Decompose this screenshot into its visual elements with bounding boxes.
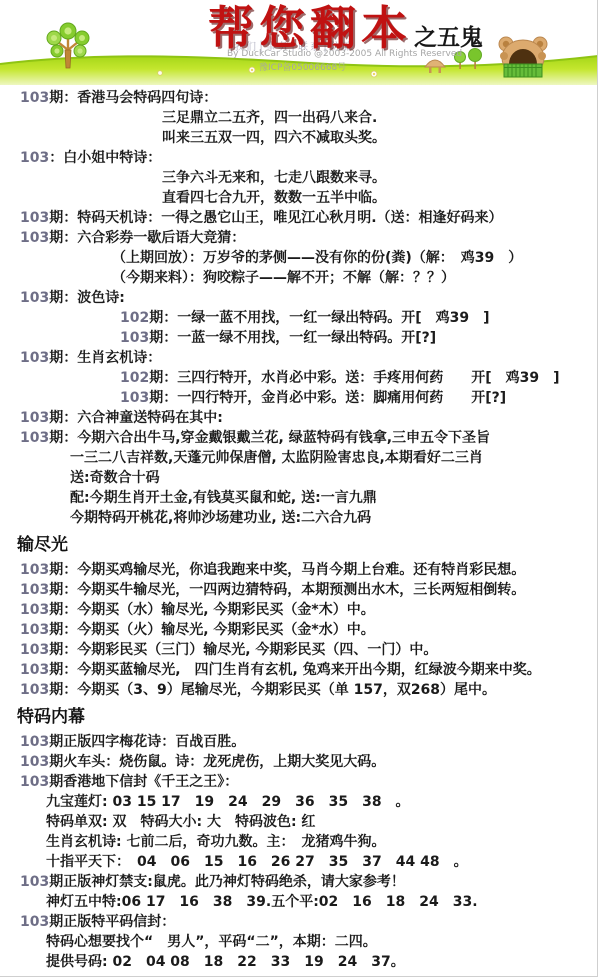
line-text: 期：今期买鸡输尽光，你追我跑来中奖，马肖今期上台难。还有特肖彩民想。 (49, 562, 525, 578)
text-line: 三足鼎立二五齐，四一出码八来合. (0, 108, 598, 128)
period-number: 103 (20, 622, 49, 638)
text-line: 102期：三四行特开，水肖必中彩。送：手疼用何药 开[ 鸡39 ] (0, 368, 598, 388)
text-line: 今期特码开桃花,将帅沙场建功业, 送:二六合九码 (0, 508, 598, 528)
line-text: 三足鼎立二五齐，四一出码八来合. (162, 110, 377, 126)
content: 103期：香港马会特码四句诗： 三足鼎立二五齐，四一出码八来合. 叫来三五双一四… (0, 88, 598, 972)
line-text: 九宝莲灯: 03 15 17 19 24 29 36 35 38 。 (46, 794, 410, 810)
text-line: 103期：特码天机诗：一得之愚它山王，唯见江心秋月明.（送：相逢好码来） (0, 208, 598, 228)
line-text: 配:今期生肖开土金,有钱莫买鼠和蛇, 送:一言九鼎 (70, 490, 377, 506)
line-text: （今期来料）：狗咬粽子——解不开；不解（解：？？） (112, 270, 455, 286)
line-text: 今期特码开桃花,将帅沙场建功业, 送:二六合九码 (70, 510, 371, 526)
line-text: 期：今期六合出牛马,穿金戴银戴兰花, 绿蓝特码有钱拿,三申五令下圣旨 (49, 430, 490, 446)
line-text: 期：今期买（3、9）尾输尽光，今期彩民买（单 157，双268）尾中。 (49, 682, 496, 698)
period-number: 103 (20, 754, 49, 770)
line-text: （上期回放）：万岁爷的茅侧——没有你的份(粪)（解： 鸡39 ） (112, 250, 522, 266)
period-number: 103 (20, 582, 49, 598)
line-text: 三争六斗无来和，七走八跟数来寻。 (162, 170, 386, 186)
line-text: 十指平天下： 04 06 15 16 26 27 35 37 44 48 。 (46, 854, 468, 870)
text-line: 103期：生肖玄机诗： (0, 348, 598, 368)
text-line: 103期：今期买（水）输尽光, 今期彩民买（金*木）中。 (0, 600, 598, 620)
period-number: 103 (20, 290, 49, 306)
line-text: 期：香港马会特码四句诗： (49, 90, 217, 106)
period-number: 103 (20, 874, 49, 890)
period-number: 103 (20, 150, 49, 166)
text-line: 103期火车头：烧伤鼠。诗：龙死虎伤，上期大奖见大码。 (0, 752, 598, 772)
period-number: 103 (20, 602, 49, 618)
line-text: 期正版神灯禁支:鼠虎。此乃神灯特码绝杀，请大家参考！ (49, 874, 405, 890)
line-text: 期正版四字梅花诗：百战百胜。 (49, 734, 245, 750)
period-number: 103 (20, 90, 49, 106)
text-line: 一三二八吉祥数,天蓬元帅保唐僧, 太监阴险害忠良,本期看好二三肖 (0, 448, 598, 468)
text-line: 103期：今期六合出牛马,穿金戴银戴兰花, 绿蓝特码有钱拿,三申五令下圣旨 (0, 428, 598, 448)
title-main: 帮您翻本 (208, 0, 412, 56)
period-number: 103 (20, 430, 49, 446)
text-line: （上期回放）：万岁爷的茅侧——没有你的份(粪)（解： 鸡39 ） (0, 248, 598, 268)
line-text: 期：生肖玄机诗： (49, 350, 161, 366)
line-text: 期：特码天机诗：一得之愚它山王，唯见江心秋月明.（送：相逢好码来） (49, 210, 502, 226)
text-line: 直看四七合九开，数数一五半中临。 (0, 188, 598, 208)
icp-number: 豫ICP备05006668号 (259, 60, 346, 73)
bear-illustration (499, 37, 547, 77)
page: 我们│事务│联系│防骗 By DuckCar Studio @2003-2005… (0, 0, 598, 977)
text-line: 103期：今期彩民买（三门）输尽光, 今期彩民买（四、一门）中。 (0, 640, 598, 660)
title-suffix: 之五鬼 (414, 23, 483, 56)
text-line: 103期：一四行特开，金肖必中彩。送：脚痛用何药 开[?] (0, 388, 598, 408)
period-number: 103 (20, 210, 49, 226)
line-text: 叫来三五双一四，四六不减取头奖。 (162, 130, 386, 146)
text-line: 103期正版特平码信封： (0, 912, 598, 932)
text-line: 103期：六合彩券一歇后语大竞猜： (0, 228, 598, 248)
period-number: 102 (120, 370, 149, 386)
text-line: 103期：香港马会特码四句诗： (0, 88, 598, 108)
line-text: 期：今期买蓝输尽光, 四门生肖有玄机, 兔鸡来开出今期，红绿波今期来中奖。 (49, 662, 541, 678)
text-line: 103期：今期买（火）输尽光, 今期彩民买（金*水）中。 (0, 620, 598, 640)
text-line: 生肖玄机诗: 七前二后，奇功九数。主： 龙猪鸡牛狗。 (0, 832, 598, 852)
text-line: 叫来三五双一四，四六不减取头奖。 (0, 128, 598, 148)
text-line: 103期：今期买牛输尽光，一四两边猜特码，本期预测出水木，三长两短相倒转。 (0, 580, 598, 600)
text-line: 103期：六合神童送特码在其中: (0, 408, 598, 428)
period-number: 102 (120, 310, 149, 326)
text-line: 九宝莲灯: 03 15 17 19 24 29 36 35 38 。 (0, 792, 598, 812)
line-text: 期：一四行特开，金肖必中彩。送：脚痛用何药 开[?] (149, 390, 506, 406)
period-number: 103 (20, 230, 49, 246)
fence (504, 64, 542, 77)
text-line: 提供号码: 02 04 08 18 22 33 19 24 37。 (0, 952, 598, 972)
line-text: 期：今期彩民买（三门）输尽光, 今期彩民买（四、一门）中。 (49, 642, 437, 658)
period-number: 103 (120, 390, 149, 406)
line-text: 期：一蓝一绿不用找，一红一绿出特码。开[?] (149, 330, 436, 346)
text-line: 103期：今期买蓝输尽光, 四门生肖有玄机, 兔鸡来开出今期，红绿波今期来中奖。 (0, 660, 598, 680)
text-line: 送:奇数合十码 (0, 468, 598, 488)
line-text: 一三二八吉祥数,天蓬元帅保唐僧, 太监阴险害忠良,本期看好二三肖 (70, 450, 483, 466)
text-line: 103期正版四字梅花诗：百战百胜。 (0, 732, 598, 752)
text-line: 103期：今期买（3、9）尾输尽光，今期彩民买（单 157，双268）尾中。 (0, 680, 598, 700)
line-text: 期：今期买（水）输尽光, 今期彩民买（金*木）中。 (49, 602, 375, 618)
period-number: 103 (20, 914, 49, 930)
text-line: 神灯五中特:06 17 16 38 39.五个平:02 16 18 24 33. (0, 892, 598, 912)
text-line: 103：白小姐中特诗： (0, 148, 598, 168)
period-number: 103 (20, 682, 49, 698)
period-number: 103 (20, 410, 49, 426)
line-text: 神灯五中特:06 17 16 38 39.五个平:02 16 18 24 33. (46, 894, 478, 910)
line-text: 期：三四行特开，水肖必中彩。送：手疼用何药 开[ 鸡39 ] (149, 370, 559, 386)
line-text: 期：波色诗: (49, 290, 125, 306)
period-number: 103 (20, 562, 49, 578)
text-line: （今期来料）：狗咬粽子——解不开；不解（解：？？） (0, 268, 598, 288)
section-heading-shujinguang: 输尽光 (0, 533, 598, 557)
line-text: 特码单双: 双 特码大小: 大 特码波色: 红 (46, 814, 315, 830)
line-text: 期：六合神童送特码在其中: (49, 410, 223, 426)
header: 我们│事务│联系│防骗 By DuckCar Studio @2003-2005… (0, 0, 597, 86)
line-text: 生肖玄机诗: 七前二后，奇功九数。主： 龙猪鸡牛狗。 (46, 834, 385, 850)
line-text: 期：今期买（火）输尽光, 今期彩民买（金*水）中。 (49, 622, 375, 638)
line-text: 期正版特平码信封： (49, 914, 175, 930)
period-number: 103 (20, 774, 49, 790)
section-heading-neimu: 特码内幕 (0, 705, 598, 729)
page-title: 帮您翻本 之五鬼 (208, 0, 483, 56)
text-line: 103期香港地下信封《千王之王》： (0, 772, 598, 792)
text-line: 103期：波色诗: (0, 288, 598, 308)
line-text: 期：今期买牛输尽光，一四两边猜特码，本期预测出水木，三长两短相倒转。 (49, 582, 525, 598)
period-number: 103 (20, 662, 49, 678)
line-text: 期火车头：烧伤鼠。诗：龙死虎伤，上期大奖见大码。 (49, 754, 385, 770)
line-text: 期香港地下信封《千王之王》： (49, 774, 238, 790)
line-text: 期：一绿一蓝不用找，一红一绿出特码。开[ 鸡39 ] (149, 310, 489, 326)
period-number: 103 (20, 350, 49, 366)
line-text: 提供号码: 02 04 08 18 22 33 19 24 37。 (46, 954, 405, 970)
text-line: 103期正版神灯禁支:鼠虎。此乃神灯特码绝杀，请大家参考！ (0, 872, 598, 892)
line-text: 直看四七合九开，数数一五半中临。 (162, 190, 386, 206)
line-text: 特码心想要找个“ 男人”，平码“二”，本期：二四。 (46, 934, 377, 950)
period-number: 103 (120, 330, 149, 346)
text-line: 103期：今期买鸡输尽光，你追我跑来中奖，马肖今期上台难。还有特肖彩民想。 (0, 560, 598, 580)
text-line: 十指平天下： 04 06 15 16 26 27 35 37 44 48 。 (0, 852, 598, 872)
text-line: 特码单双: 双 特码大小: 大 特码波色: 红 (0, 812, 598, 832)
text-line: 103期：一蓝一绿不用找，一红一绿出特码。开[?] (0, 328, 598, 348)
text-line: 配:今期生肖开土金,有钱莫买鼠和蛇, 送:一言九鼎 (0, 488, 598, 508)
period-number: 103 (20, 642, 49, 658)
period-number: 103 (20, 734, 49, 750)
line-text: 期：六合彩券一歇后语大竞猜： (49, 230, 245, 246)
text-line: 三争六斗无来和，七走八跟数来寻。 (0, 168, 598, 188)
line-text: ：白小姐中特诗： (49, 150, 161, 166)
text-line: 特码心想要找个“ 男人”，平码“二”，本期：二四。 (0, 932, 598, 952)
text-line: 102期：一绿一蓝不用找，一红一绿出特码。开[ 鸡39 ] (0, 308, 598, 328)
line-text: 送:奇数合十码 (70, 470, 160, 486)
